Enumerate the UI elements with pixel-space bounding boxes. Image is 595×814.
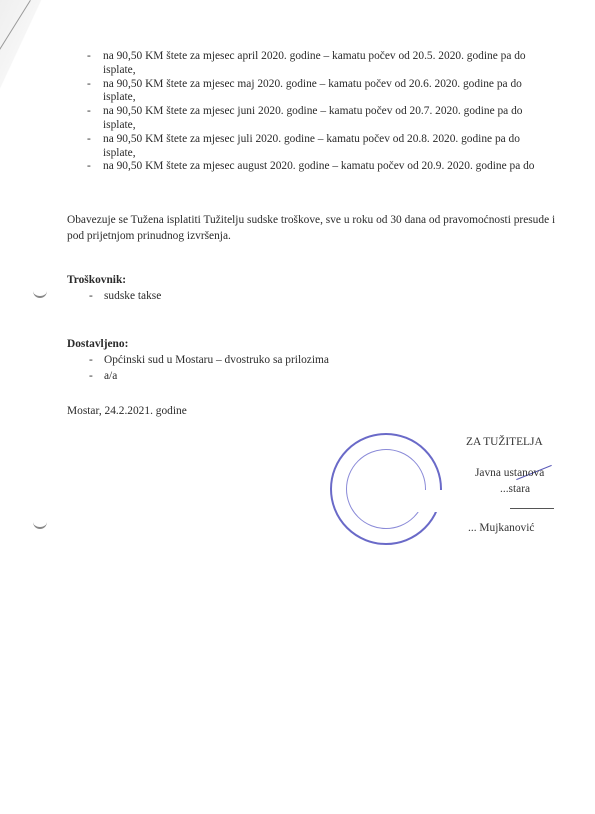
court-costs-paragraph: Obavezuje se Tužena isplatiti Tužitelju …: [67, 212, 557, 244]
punch-hole-mark: [33, 520, 47, 529]
list-item: -na 90,50 KM štete za mjesec april 2020.…: [87, 50, 547, 78]
list-item: -a/a: [89, 368, 329, 384]
list-item: -na 90,50 KM štete za mjesec maj 2020. g…: [87, 78, 547, 106]
troskovnik-section: Troškovnik: -sudske takse: [67, 272, 161, 304]
signature-name: ... Mujkanović: [468, 522, 534, 534]
list-item: -na 90,50 KM štete za mjesec juli 2020. …: [87, 133, 547, 161]
redaction: [358, 490, 488, 512]
official-stamp: [330, 433, 442, 545]
list-item: -na 90,50 KM štete za mjesec august 2020…: [87, 160, 547, 174]
signature-line: [510, 508, 554, 509]
signature-for: ZA TUŽITELJA: [466, 436, 543, 448]
place-and-date: Mostar, 24.2.2021. godine: [67, 405, 187, 417]
dostavljeno-section: Dostavljeno: -Općinski sud u Mostaru – d…: [67, 336, 329, 384]
dostavljeno-heading: Dostavljeno:: [67, 336, 329, 352]
signature-institution: Javna ustanova: [475, 467, 544, 479]
troskovnik-heading: Troškovnik:: [67, 272, 161, 288]
list-item: -sudske takse: [89, 288, 161, 304]
punch-hole-mark: [33, 289, 47, 298]
signature-institution-line2: ...stara: [500, 483, 530, 495]
payment-list: -na 90,50 KM štete za mjesec april 2020.…: [87, 50, 547, 174]
list-item: -Općinski sud u Mostaru – dvostruko sa p…: [89, 352, 329, 368]
list-item: -na 90,50 KM štete za mjesec juni 2020. …: [87, 105, 547, 133]
scan-edge-shadow: [0, 0, 60, 90]
